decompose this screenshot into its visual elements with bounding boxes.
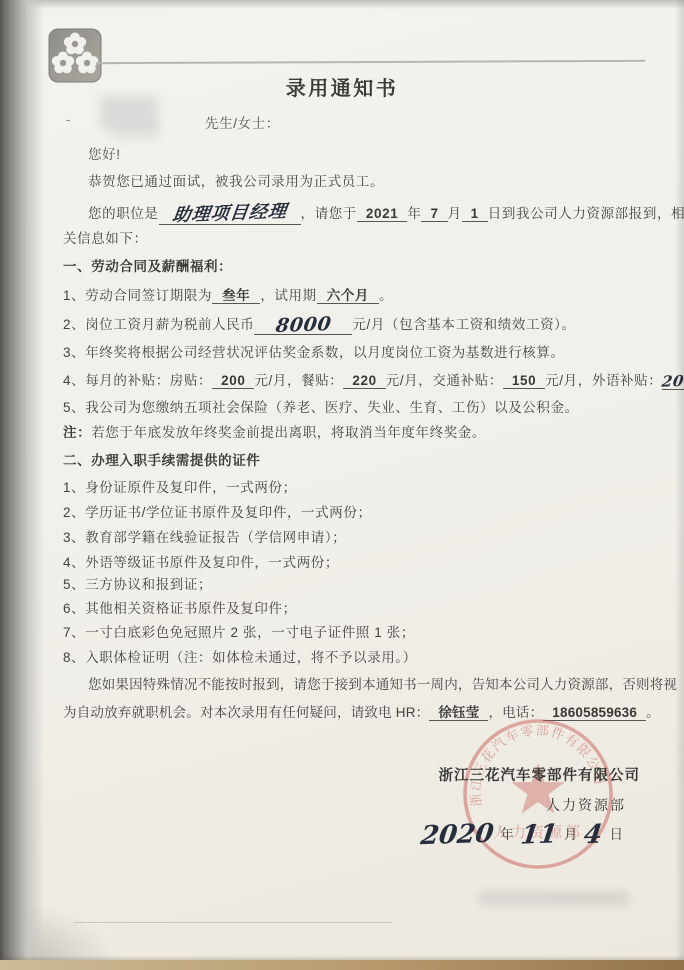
position-mid: ，请您于	[301, 206, 357, 221]
issue-date: 2020年11月4日	[421, 816, 630, 846]
report-day-suffix: 日到我公司人力资源部报到，相	[488, 206, 684, 221]
hr-department: 人力资源部	[546, 795, 626, 815]
allowance-m3: 元/月，外语补贴：	[545, 373, 662, 388]
report-month: 7	[421, 206, 447, 222]
bonus-line: 3、年终奖将根据公司经营状况评估奖金系数，以月度岗位工资为基数进行核算。	[63, 341, 565, 361]
company-name: 浙江三花汽车零部件有限公司	[439, 764, 641, 785]
cert-item-4: 4、外语等级证书原件及复印件，一式两份；	[63, 551, 339, 571]
date-month-handwriting: 11	[519, 819, 559, 850]
probation-label: ，试用期	[260, 288, 316, 303]
section2-heading: 二、办理入职手续需提供的证件	[63, 449, 260, 469]
note-text: 若您于年底发放年终奖金前提出离职，将取消当年度年终奖金。	[91, 425, 486, 440]
insurance-line: 5、我公司为您缴纳五项社会保险（养老、医疗、失业、生育、工伤）以及公积金。	[63, 396, 579, 416]
allowance-prefix: 4、每月的补贴：房贴：	[63, 373, 212, 388]
photo-edge-top	[0, 0, 684, 9]
cert-item-8: 8、入职体检证明（注：如体检未通过，将不予以录用。）	[63, 646, 417, 666]
congrats-line: 恭贺您已通过面试，被我公司录用为正式员工。	[88, 170, 384, 190]
report-year: 2021	[357, 206, 407, 222]
date-day-label: 日	[610, 827, 624, 842]
contract-term-prefix: 1、劳动合同签订期限为	[63, 288, 212, 303]
closing-line-1: 您如果因特殊情况不能按时报到，请您于接到本通知书一周内，告知本公司人力资源部，否…	[88, 673, 677, 693]
salary-line: 2、岗位工资月薪为税前人民币8000元/月（包含基本工资和绩效工资）。	[63, 312, 576, 335]
note-label: 注：	[63, 425, 91, 440]
salary-prefix: 2、岗位工资月薪为税前人民币	[63, 317, 254, 332]
salary-handwriting: 8000	[274, 313, 332, 337]
allowance-m2: 元/月，交通补贴：	[386, 373, 503, 388]
cert-item-1: 1、身份证原件及复印件，一式两份；	[63, 476, 297, 496]
meal-allowance: 220	[343, 373, 385, 389]
watermark-blur	[478, 891, 630, 906]
photo-edge-left	[0, 0, 44, 970]
cert-item-7: 7、一寸白底彩色免冠照片 2 张，一寸电子证件照 1 张；	[63, 621, 415, 641]
wrap-line: 关信息如下：	[63, 227, 148, 247]
offer-letter-photo: { "colors": { "stamp_red": "#c4504a", "i…	[0, 0, 684, 970]
date-day-handwriting: 4	[583, 820, 605, 851]
hello-line: 您好!	[88, 143, 121, 163]
closing-suffix: 。	[646, 705, 660, 720]
company-seal-stamp: 浙江三花汽车零部件有限公司 人力资源部	[455, 711, 621, 877]
language-allowance-blank: 200	[662, 371, 684, 390]
report-month-label: 月	[448, 206, 462, 221]
report-year-label: 年	[407, 206, 421, 221]
transport-allowance: 150	[503, 373, 545, 389]
position-line: 您的职位是助理项目经理，请您于2021年7月1日到我公司人力资源部报到，相	[88, 198, 684, 225]
language-allowance-handwriting: 200	[661, 371, 684, 390]
date-year-label: 年	[500, 827, 514, 842]
cert-item-5: 5、三方协议和报到证；	[63, 573, 212, 593]
photo-edge-right	[675, 0, 684, 970]
salutation-label: 先生/女士：	[205, 112, 280, 132]
contract-term-suffix: 。	[379, 288, 393, 303]
date-year-handwriting: 2020	[419, 819, 495, 852]
cert-item-2: 2、学历证书/学位证书原件及复印件，一式两份；	[63, 501, 372, 521]
contract-term-value: 叁年	[212, 288, 260, 304]
date-month-label: 月	[564, 827, 578, 842]
salary-suffix: 元/月（包含基本工资和绩效工资）。	[352, 317, 575, 332]
footer-rule	[74, 922, 392, 923]
position-prefix: 您的职位是	[88, 206, 159, 221]
note-line: 注：若您于年底发放年终奖金前提出离职，将取消当年度年终奖金。	[63, 421, 486, 441]
probation-value: 六个月	[317, 288, 379, 304]
salary-blank: 8000	[254, 312, 352, 335]
housing-allowance: 200	[212, 373, 254, 389]
allowance-line: 4、每月的补贴：房贴：200元/月，餐贴：220元/月，交通补贴：150元/月，…	[63, 369, 684, 390]
section1-heading: 一、劳动合同及薪酬福利：	[63, 255, 232, 275]
closing-prefix: 为自动放弃就职机会。对本次录用有任何疑问，请致电 HR：	[63, 705, 429, 720]
contract-term-line: 1、劳动合同签订期限为叁年，试用期六个月。	[63, 284, 393, 304]
cert-item-3: 3、教育部学籍在线验证报告（学信网申请）；	[63, 526, 346, 546]
desk-edge-strip	[0, 960, 684, 970]
redacted-name-blur-2	[112, 124, 160, 140]
position-handwriting: 助理项目经理	[171, 197, 289, 227]
cert-item-6: 6、其他相关资格证书原件及复印件；	[63, 597, 297, 617]
header-rule	[96, 60, 645, 64]
allowance-m1: 元/月，餐贴：	[254, 373, 343, 388]
redacted-dash: -	[66, 112, 71, 127]
report-day: 1	[462, 206, 488, 222]
position-blank: 助理项目经理	[159, 198, 301, 225]
